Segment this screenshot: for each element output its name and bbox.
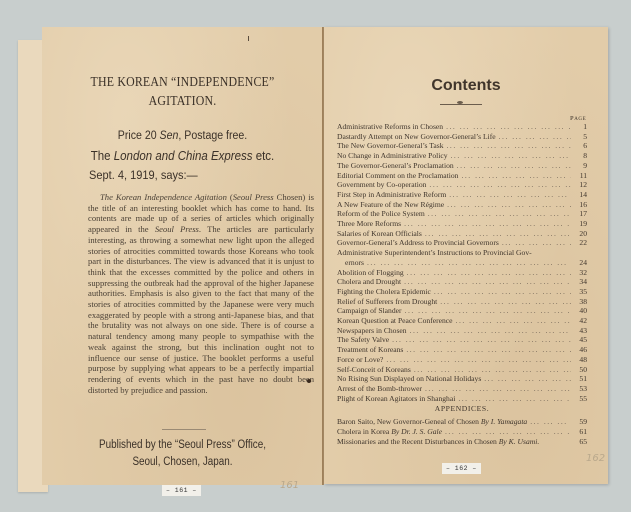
leader-dots: ... ... ... ... ... ... ... ... ... ... … [404, 268, 571, 278]
appendix-author: By I. Yamagata [481, 417, 527, 426]
seoul-press-italic: Seoul Press [155, 224, 199, 234]
toc-entry: Cholera and Drought... ... ... ... ... .… [337, 277, 587, 287]
toc-title: No Rising Sun Displayed on National Holi… [337, 374, 481, 384]
toc-entry: Reform of the Police System... ... ... .… [337, 209, 587, 219]
appendix-title: Missionaries and the Recent Disturbances… [337, 437, 499, 446]
toc-page: 14 [571, 190, 587, 200]
toc-title: Abolition of Flogging [337, 268, 404, 278]
toc-title: A New Feature of the New Régime [337, 200, 444, 210]
toc-page: 50 [571, 365, 587, 375]
paren-close: Chosen) [274, 192, 306, 202]
toc-title: Dastardly Attempt on New Governor-Genera… [337, 132, 496, 142]
appendix-entry: Baron Saito, New Governor-Geneal of Chos… [337, 417, 587, 427]
book-title-italic: The Korean Independence Agitation [100, 192, 227, 202]
toc-title: Fighting the Cholera Epidemic [337, 287, 431, 297]
leader-dots: ... ... ... ... ... ... ... ... ... ... … [446, 190, 571, 200]
page-column-header: Page [570, 115, 586, 122]
toc-page: 17 [571, 209, 587, 219]
leader-dots: ... ... ... ... ... ... ... ... ... ... … [401, 219, 571, 229]
source-name: London and China Express [114, 149, 253, 163]
toc-page: 38 [571, 297, 587, 307]
price-currency: Sen [160, 130, 179, 142]
title-line-2: AGITATION. [59, 91, 306, 110]
toc-entry: ernors... ... ... ... ... ... ... ... ..… [337, 258, 587, 268]
toc-entry: Administrative Superintendent’s Instruct… [337, 248, 587, 258]
appendix-title-wrap: Cholera in Korea By Dr. J. S. Gale [337, 427, 442, 437]
toc-title: The Governor-General’s Proclamation [337, 161, 454, 171]
toc-title: Plight of Korean Agitators in Shanghai [337, 394, 455, 404]
source-suffix: etc. [253, 149, 275, 163]
leader-dots: ... ... ... ... ... ... ... ... ... ... … [426, 180, 571, 190]
appendix-title: Baron Saito, New Governor-Geneal of Chos… [337, 417, 481, 426]
publisher-block: Published by the “Seoul Press” Office, S… [62, 437, 304, 471]
toc-entry: Korean Question at Peace Conference... .… [337, 316, 587, 326]
toc-entry: Relief of Sufferers from Drought... ... … [337, 297, 587, 307]
leader-dots: ... ... ... ... ... ... ... ... ... ... … [431, 287, 571, 297]
toc-page: 16 [571, 200, 587, 210]
toc-title: Administrative Superintendent’s Instruct… [337, 248, 532, 258]
toc-page: 46 [571, 345, 587, 355]
toc-entry: Force or Love?... ... ... ... ... ... ..… [337, 355, 587, 365]
appendix-title-wrap: Baron Saito, New Governor-Geneal of Chos… [337, 417, 527, 427]
toc-page: 45 [571, 335, 587, 345]
leader-dots: ... ... ... ... ... ... ... ... ... ... … [422, 384, 571, 394]
appendices-heading: APPENDICES. [337, 403, 587, 417]
publisher-line-2: Seoul, Chosen, Japan. [62, 454, 304, 471]
leader-dots: ... ... ... ... ... ... ... ... ... ... … [454, 161, 571, 171]
toc-entry: Abolition of Flogging... ... ... ... ...… [337, 268, 587, 278]
toc-entry: Administrative Reforms in Chosen... ... … [337, 122, 587, 132]
toc-entry: Campaign of Slander... ... ... ... ... .… [337, 306, 587, 316]
toc-entry: Dastardly Attempt on New Governor-Genera… [337, 132, 587, 142]
toc-entry: Treatment of Koreans... ... ... ... ... … [337, 345, 587, 355]
toc-title: Salaries of Korean Officials [337, 229, 422, 239]
ornament-flourish [457, 101, 463, 104]
toc-page: 35 [571, 287, 587, 297]
toc-title: Force or Love? [337, 355, 383, 365]
leader-dots: ... ... ... ... ... ... ... ... ... ... … [443, 122, 571, 132]
leader-dots: ... ... ... ... ... ... ... ... ... ... … [444, 141, 571, 151]
toc-page: 40 [571, 306, 587, 316]
toc-page: 1 [571, 122, 587, 132]
leader-dots: ... ... ... ... ... ... ... ... ... ... … [425, 209, 571, 219]
leader-dots: ... ... ... ... ... ... ... ... ... ... … [496, 132, 571, 142]
toc-page: 48 [571, 355, 587, 365]
leader-dots: ... ... ... ... ... ... ... ... ... ... … [455, 394, 571, 404]
leader-dots: ... ... ... ... ... ... ... ... ... ... … [407, 326, 571, 336]
leader-dots: ... ... ... ... ... ... ... ... ... ... … [364, 258, 571, 268]
appendix-title: Cholera in Korea [337, 427, 391, 436]
leader-dots: ... ... ... ... ... ... ... ... ... ... … [402, 306, 571, 316]
toc-entry: First Step in Administrative Reform... .… [337, 190, 587, 200]
toc-page: 24 [571, 258, 587, 268]
price-suffix: , Postage free. [178, 130, 247, 142]
body-part-2: . The articles are particularly interest… [88, 224, 314, 395]
toc-title: Treatment of Koreans [337, 345, 403, 355]
toc-entry: Editorial Comment on the Proclamation...… [337, 171, 587, 181]
pencil-annotation: 162 [586, 453, 605, 464]
toc-entry: Fighting the Cholera Epidemic... ... ...… [337, 287, 587, 297]
source-line: The London and China Express etc. [53, 149, 312, 163]
review-paragraph: The Korean Independence Agitation (Seoul… [88, 192, 314, 395]
toc-page: 6 [571, 141, 587, 151]
page-number-label: – 161 – [162, 485, 201, 496]
leader-dots: ... ... ... ... ... ... ... ... ... ... … [499, 238, 571, 248]
leader-dots: ... ... ... ... ... ... ... ... ... ... … [481, 374, 571, 384]
toc-page: 8 [571, 151, 587, 161]
leader-dots: ... ... ... ... ... ... ... ... ... ... … [448, 151, 571, 161]
toc-entry: A New Feature of the New Régime... ... .… [337, 200, 587, 210]
toc-title: ernors [337, 258, 364, 268]
toc-page: 61 [571, 427, 587, 437]
toc-entry: Government by Co-operation... ... ... ..… [337, 180, 587, 190]
toc-page: 11 [571, 171, 587, 181]
leader-dots: ... ... ... ... ... ... ... ... ... ... … [453, 316, 571, 326]
appendix-entry: Missionaries and the Recent Disturbances… [337, 437, 587, 447]
toc-page: 34 [571, 277, 587, 287]
source-prefix: The [91, 149, 114, 163]
leader-dots: ... ... ... ... ... ... ... ... ... ... … [458, 171, 571, 181]
toc-title: Government by Co-operation [337, 180, 426, 190]
toc-page: 59 [571, 417, 587, 427]
contents-heading: Contents [324, 77, 608, 95]
toc-page: 32 [571, 268, 587, 278]
toc-page: 55 [571, 394, 587, 404]
toc-title: Self-Conceit of Koreans [337, 365, 411, 375]
toc-title: Administrative Reforms in Chosen [337, 122, 443, 132]
toc-title: The New Governor-General’s Task [337, 141, 444, 151]
toc-entry: No Rising Sun Displayed on National Holi… [337, 374, 587, 384]
page-number-label: – 162 – [442, 463, 481, 474]
toc-title: Reform of the Police System [337, 209, 425, 219]
toc-entry: The Safety Valve... ... ... ... ... ... … [337, 335, 587, 345]
paren-italic: Seoul Press [233, 192, 274, 202]
leader-dots: ... ... ... ... ... ... ... ... ... ... … [437, 297, 571, 307]
leader-dots: ... ... ... ... ... ... ... ... ... ... … [401, 277, 571, 287]
leader-dots: ... ... ... ... ... ... ... ... ... ... … [527, 417, 571, 427]
toc-entry: Newspapers in Chosen... ... ... ... ... … [337, 326, 587, 336]
left-page: THE KOREAN “INDEPENDENCE” AGITATION. Pri… [42, 27, 323, 485]
ink-mark [248, 36, 249, 41]
toc-page: 19 [571, 219, 587, 229]
leader-dots: ... ... ... ... ... ... ... ... ... ... … [383, 355, 571, 365]
leader-dots: ... ... ... ... ... ... ... ... ... ... … [442, 427, 571, 437]
toc-title: Relief of Sufferers from Drought [337, 297, 437, 307]
title-line-1: THE KOREAN “INDEPENDENCE” [59, 72, 306, 91]
date-line: Sept. 4, 1919, says:— [89, 168, 198, 182]
toc-title: Newspapers in Chosen [337, 326, 407, 336]
toc-title: Governor-General’s Address to Provincial… [337, 238, 499, 248]
leader-dots: ... ... ... ... ... ... ... ... ... ... … [403, 345, 571, 355]
toc-page: 5 [571, 132, 587, 142]
toc-title: First Step in Administrative Reform [337, 190, 446, 200]
review-body: The Korean Independence Agitation (Seoul… [88, 192, 314, 395]
leader-dots: ... ... ... ... ... ... ... ... ... ... … [411, 365, 571, 375]
toc-title: Arrest of the Bomb-thrower [337, 384, 422, 394]
toc-title: The Safety Valve [337, 335, 389, 345]
divider-rule [162, 429, 206, 430]
toc-entry: The New Governor-General’s Task... ... .… [337, 141, 587, 151]
publisher-line-1: Published by the “Seoul Press” Office, [62, 437, 304, 454]
toc-title: Three More Reforms [337, 219, 401, 229]
toc-page: 22 [571, 238, 587, 248]
toc-entry: Arrest of the Bomb-thrower... ... ... ..… [337, 384, 587, 394]
toc-title: Korean Question at Peace Conference [337, 316, 453, 326]
price-prefix: Price 20 [118, 130, 160, 142]
price-line: Price 20 Sen, Postage free. [53, 130, 312, 142]
ornament-rule [440, 104, 482, 105]
toc-page: 9 [571, 161, 587, 171]
toc-page: 65 [571, 437, 587, 447]
pencil-annotation: 161 [280, 480, 299, 491]
toc-entry: Three More Reforms... ... ... ... ... ..… [337, 219, 587, 229]
toc-page: 42 [571, 316, 587, 326]
toc-title: Cholera and Drought [337, 277, 401, 287]
toc-page: 20 [571, 229, 587, 239]
toc-entry: Plight of Korean Agitators in Shanghai..… [337, 394, 587, 404]
toc-page: 51 [571, 374, 587, 384]
appendix-title-wrap: Missionaries and the Recent Disturbances… [337, 437, 539, 447]
toc-title: Editorial Comment on the Proclamation [337, 171, 458, 181]
appendix-author: By K. Usami. [499, 437, 540, 446]
toc-page: 43 [571, 326, 587, 336]
toc-entry: Self-Conceit of Koreans... ... ... ... .… [337, 365, 587, 375]
toc-entry: The Governor-General’s Proclamation... .… [337, 161, 587, 171]
appendix-entry: Cholera in Korea By Dr. J. S. Gale... ..… [337, 427, 587, 437]
table-of-contents: Administrative Reforms in Chosen... ... … [337, 122, 587, 446]
leader-dots: ... ... ... ... ... ... ... ... ... ... … [422, 229, 571, 239]
leader-dots: ... ... ... ... ... ... ... ... ... ... … [389, 335, 571, 345]
ink-spot [307, 379, 311, 383]
toc-entry: No Change in Administrative Policy... ..… [337, 151, 587, 161]
toc-entry: Governor-General’s Address to Provincial… [337, 238, 587, 248]
toc-page: 53 [571, 384, 587, 394]
appendix-author: By Dr. J. S. Gale [391, 427, 442, 436]
toc-page: 12 [571, 180, 587, 190]
toc-entry: Salaries of Korean Officials... ... ... … [337, 229, 587, 239]
leader-dots: ... ... ... ... ... ... ... ... ... ... … [444, 200, 571, 210]
right-page: Contents Page Administrative Reforms in … [324, 27, 608, 484]
toc-title: No Change in Administrative Policy [337, 151, 448, 161]
toc-title: Campaign of Slander [337, 306, 402, 316]
booklet-title: THE KOREAN “INDEPENDENCE” AGITATION. [59, 72, 306, 110]
